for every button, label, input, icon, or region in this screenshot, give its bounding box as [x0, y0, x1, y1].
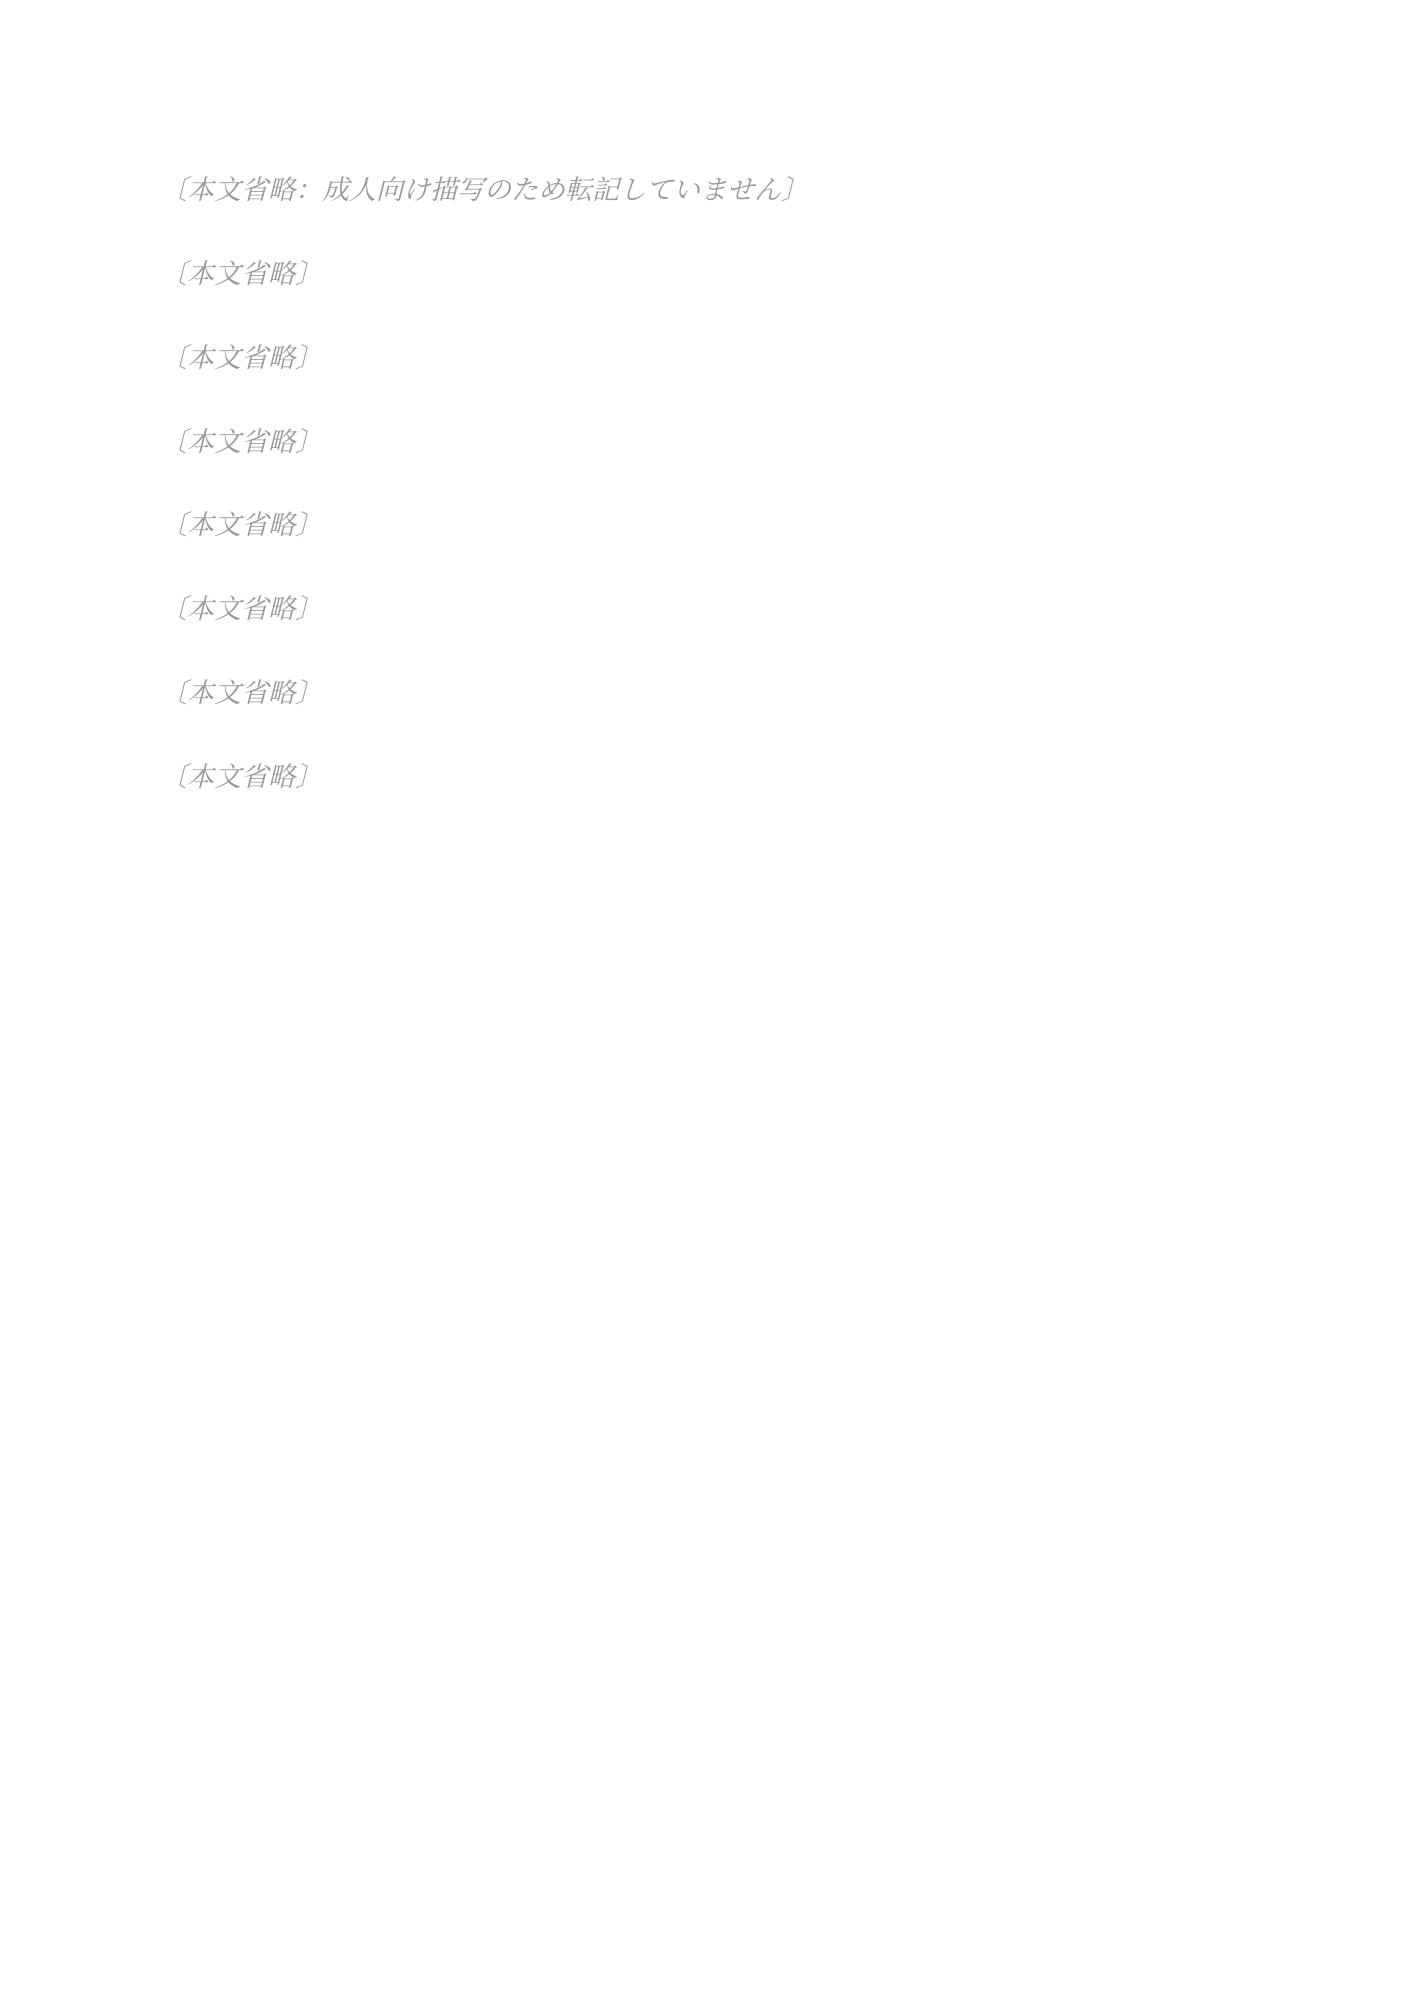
paragraph: 〔本文省略〕 — [160, 338, 1255, 380]
paragraph: 〔本文省略〕 — [160, 505, 1255, 547]
paragraph: 〔本文省略：成人向け描写のため転記していません〕 — [160, 170, 1255, 212]
paragraph: 〔本文省略〕 — [160, 757, 1255, 799]
document-page: 〔本文省略：成人向け描写のため転記していません〕 〔本文省略〕 〔本文省略〕 〔… — [0, 0, 1415, 2000]
paragraph: 〔本文省略〕 — [160, 254, 1255, 296]
paragraph: 〔本文省略〕 — [160, 589, 1255, 631]
paragraph: 〔本文省略〕 — [160, 673, 1255, 715]
paragraph: 〔本文省略〕 — [160, 422, 1255, 464]
